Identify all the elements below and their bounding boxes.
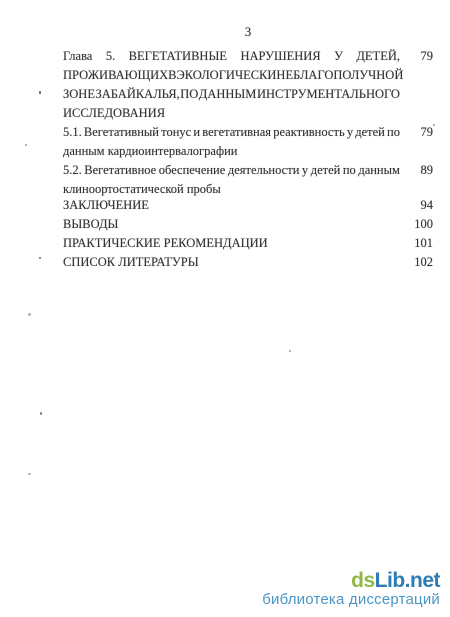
toc-line: ВЫВОДЫ (63, 215, 400, 234)
logo-brand-prefix: ds (351, 569, 375, 592)
toc-line: ЗОНЕЗАБАЙКАЛЬЯ,ПОДАННЫМИНСТРУМЕНТАЛЬНОГО (63, 85, 400, 104)
toc-line: ПРОЖИВАЮЩИХВЭКОЛОГИЧЕСКИНЕБЛАГОПОЛУЧНОЙ (63, 66, 400, 85)
scan-speck (39, 257, 41, 259)
toc-page-ref: 89 (400, 161, 433, 180)
toc-line: СПИСОК ЛИТЕРАТУРЫ (63, 253, 400, 272)
scanned-toc-page: 3 Глава5.ВЕГЕТАТИВНЫЕНАРУШЕНИЯУДЕТЕЙ, ПР… (0, 0, 450, 617)
toc-line: ИССЛЕДОВАНИЯ (63, 104, 400, 123)
dslib-logo-subtitle: библиотека диссертаций (262, 592, 440, 608)
scan-speck (25, 144, 27, 146)
scan-speck (39, 91, 41, 94)
scan-speck (40, 412, 42, 415)
dslib-logo[interactable]: dsLib.net библиотека диссертаций (262, 571, 440, 608)
dslib-logo-brand: dsLib.net (262, 571, 440, 591)
toc-entry-chapter-5: Глава5.ВЕГЕТАТИВНЫЕНАРУШЕНИЯУДЕТЕЙ, ПРОЖ… (63, 47, 433, 123)
toc-page-ref: 101 (400, 234, 433, 253)
toc-page-ref: 102 (400, 253, 433, 272)
toc-entry-section-5-2: 5.2.Вегетативноеобеспечениедеятельностиу… (63, 161, 433, 199)
page-number: 3 (63, 24, 433, 40)
toc-line: Глава5.ВЕГЕТАТИВНЫЕНАРУШЕНИЯУДЕТЕЙ, (63, 47, 400, 66)
toc-line: 5.2.Вегетативноеобеспечениедеятельностиу… (63, 161, 400, 180)
scan-speck (433, 124, 435, 126)
scan-speck (28, 473, 31, 475)
toc-entry-bibliography: СПИСОК ЛИТЕРАТУРЫ 102 (63, 253, 433, 272)
toc-line: данным кардиоинтервалографии (63, 142, 400, 161)
toc-line: ПРАКТИЧЕСКИЕ РЕКОМЕНДАЦИИ (63, 234, 400, 253)
toc-entry-section-5-1: 5.1.Вегетативныйтонусивегетативнаяреакти… (63, 123, 433, 161)
toc-entry-recommendations: ПРАКТИЧЕСКИЕ РЕКОМЕНДАЦИИ 101 (63, 234, 433, 253)
toc-page-ref: 79 (400, 47, 433, 66)
toc-page-ref: 94 (400, 196, 433, 215)
toc-entry-conclusion: ЗАКЛЮЧЕНИЕ 94 (63, 196, 433, 215)
logo-brand-suffix: Lib.net (375, 569, 440, 592)
toc-entry-findings: ВЫВОДЫ 100 (63, 215, 433, 234)
toc-page-ref: 79 (400, 123, 433, 142)
scan-speck (28, 313, 31, 316)
scan-speck (289, 350, 291, 352)
toc-line: ЗАКЛЮЧЕНИЕ (63, 196, 400, 215)
toc-page-ref: 100 (400, 215, 433, 234)
toc-line: 5.1.Вегетативныйтонусивегетативнаяреакти… (63, 123, 400, 142)
table-of-contents: Глава5.ВЕГЕТАТИВНЫЕНАРУШЕНИЯУДЕТЕЙ, ПРОЖ… (63, 47, 433, 272)
